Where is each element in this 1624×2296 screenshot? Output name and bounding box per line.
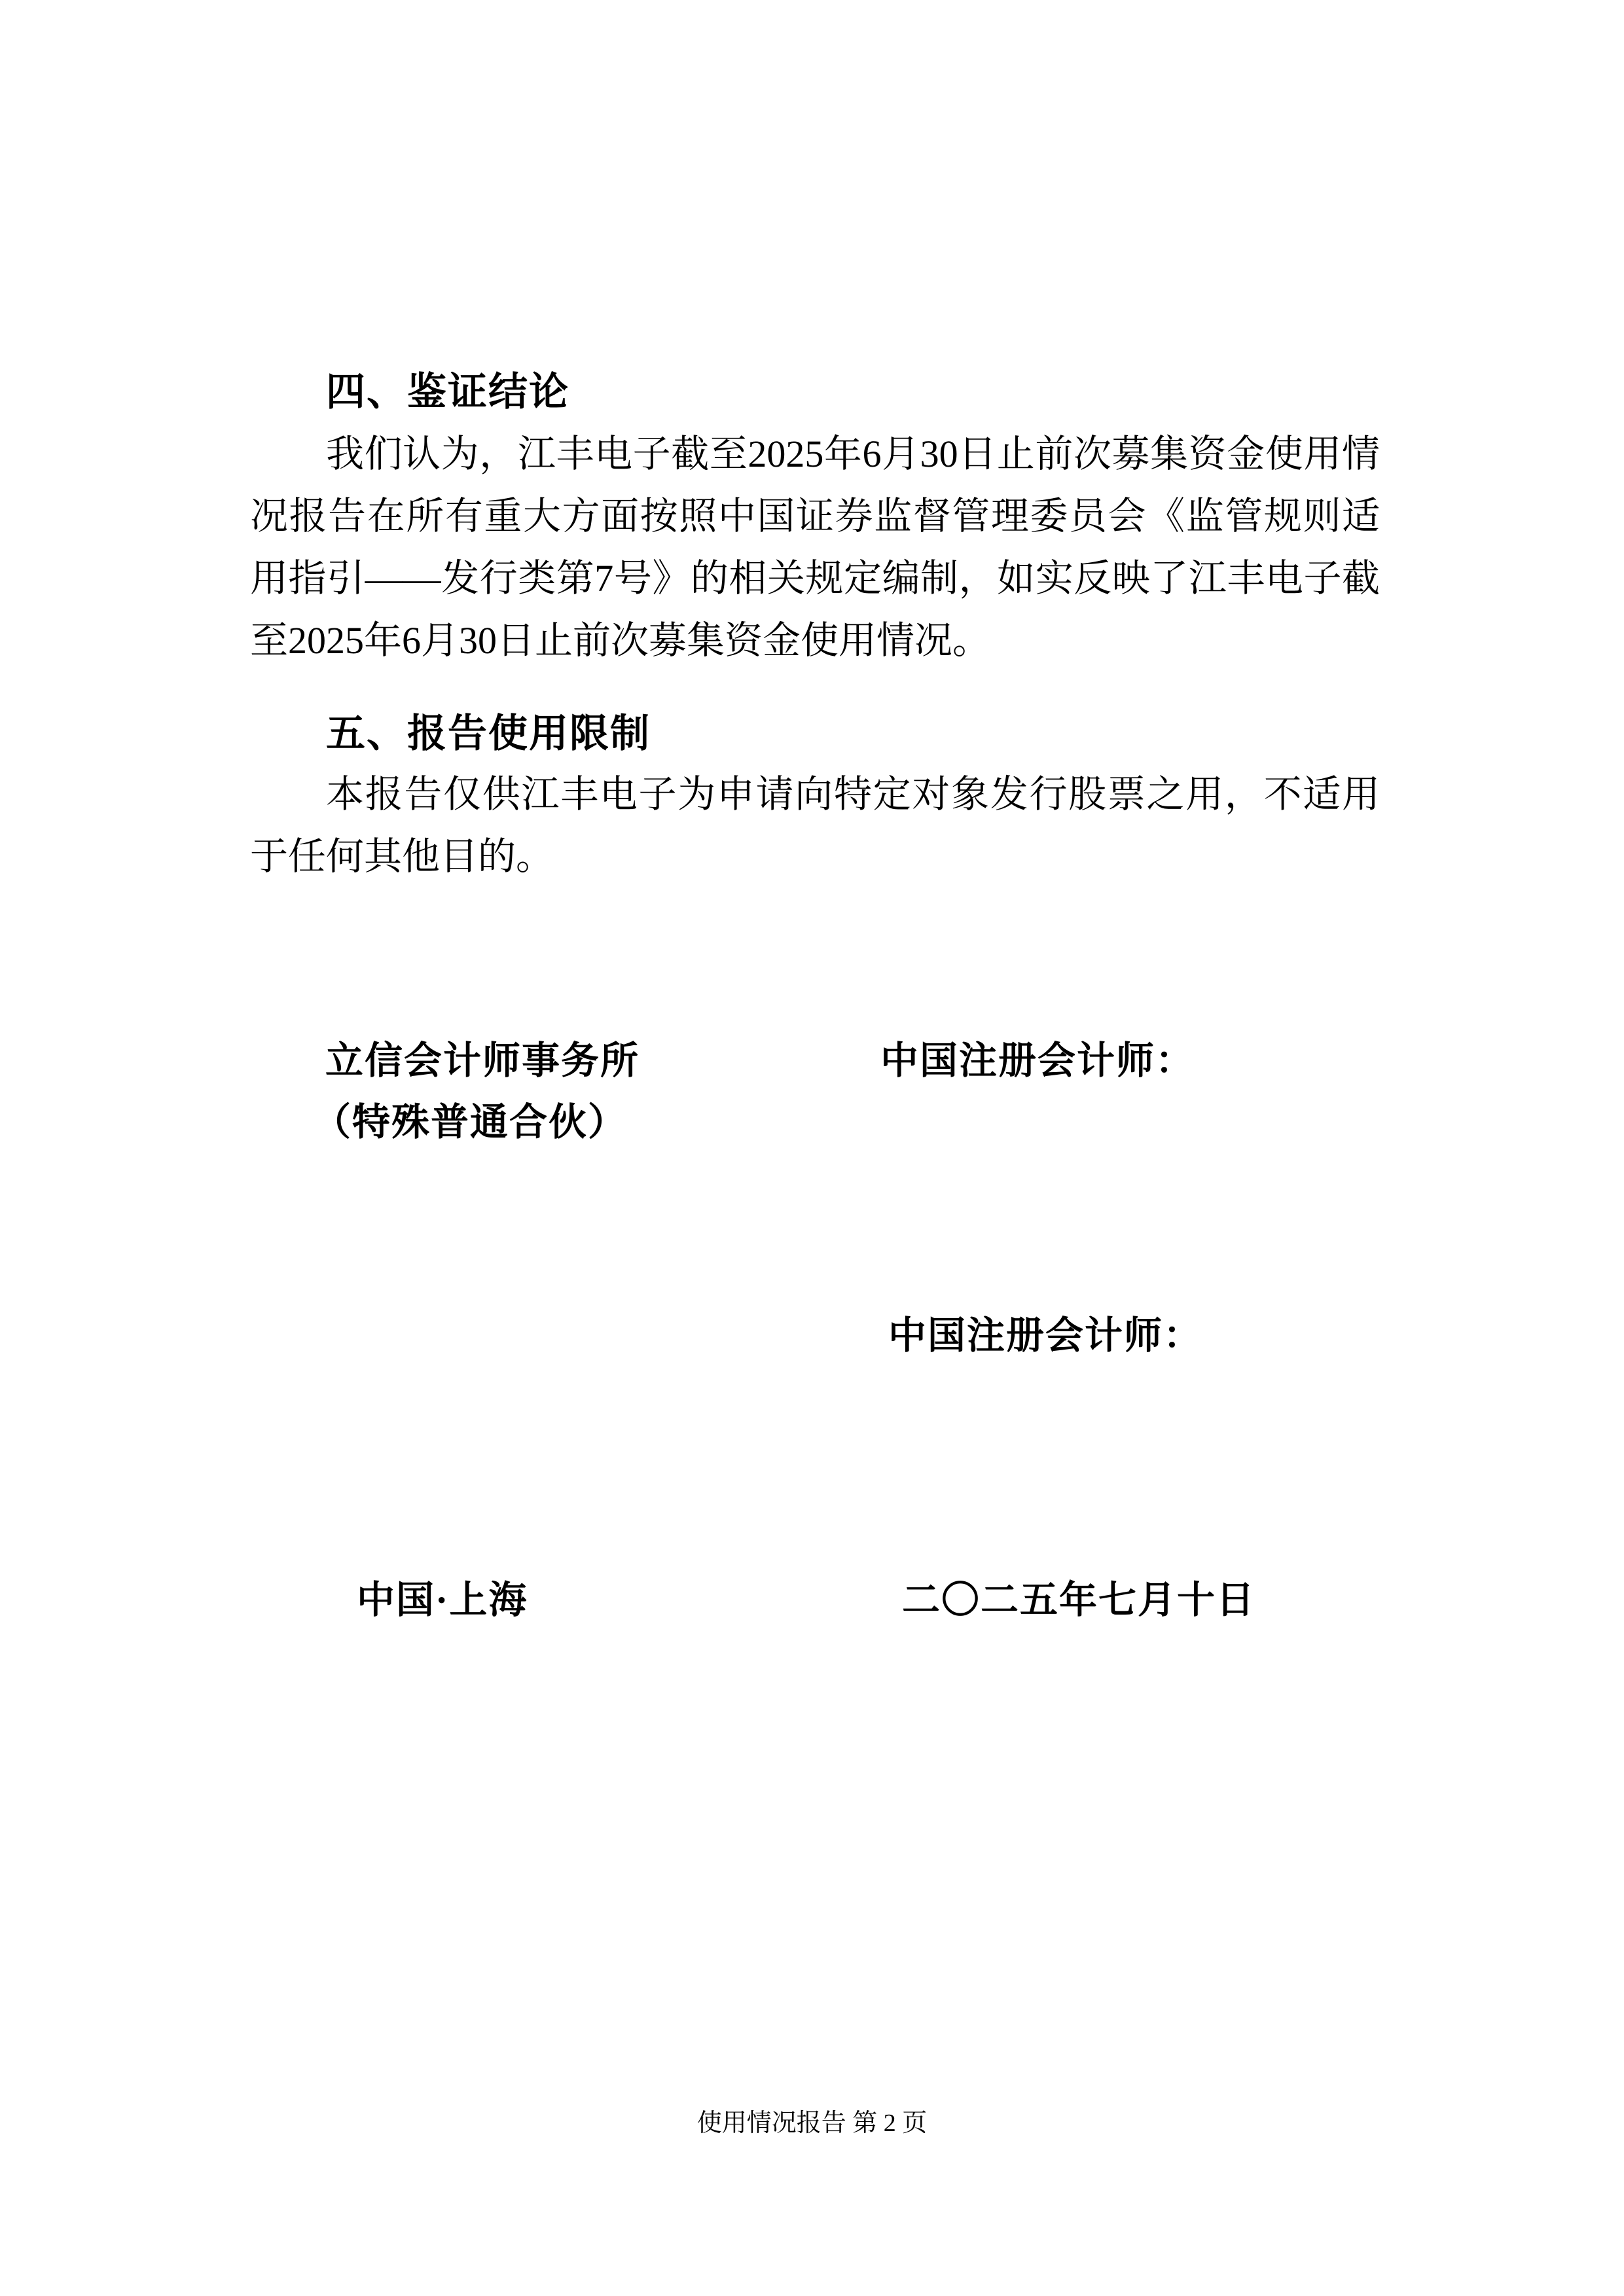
document-page: 四、鉴证结论 我们认为，江丰电子截至2025年6月30日止前次募集资金使用情况报… [0,0,1624,2296]
section-heading-conclusion: 四、鉴证结论 [250,370,1380,414]
signature-firm-name: 立信会计师事务所 [325,1039,640,1083]
section-paragraph-usage-restriction: 本报告仅供江丰电子为申请向特定对象发行股票之用，不适用于任何其他目的。 [250,763,1380,888]
section-paragraph-conclusion: 我们认为，江丰电子截至2025年6月30日止前次募集资金使用情况报告在所有重大方… [250,423,1380,672]
page-footer: 使用情况报告 第 2 页 [0,2109,1624,2139]
signature-location: 中国·上海 [357,1579,528,1623]
signature-cpa-label-2: 中国注册会计师： [888,1314,1202,1358]
signature-firm-type: （特殊普通合伙） [313,1101,627,1145]
section-heading-usage-restriction: 五、报告使用限制 [250,712,1380,755]
signature-date: 二〇二五年七月十日 [902,1579,1255,1623]
signature-cpa-label-1: 中国注册会计师： [880,1039,1195,1083]
